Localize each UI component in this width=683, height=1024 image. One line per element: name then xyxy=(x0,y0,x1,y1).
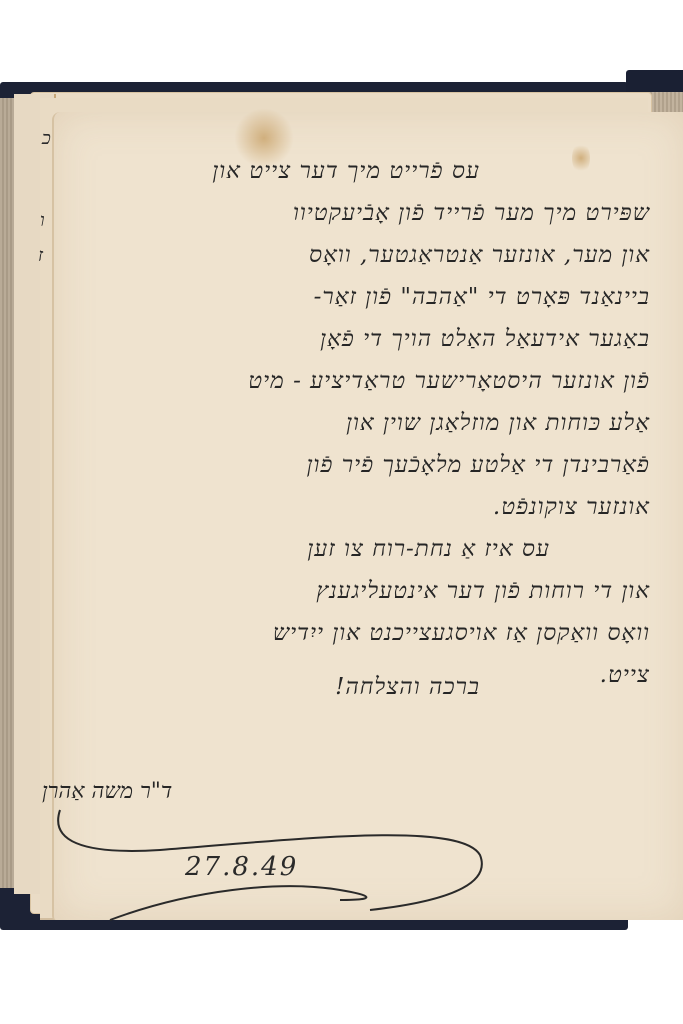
text-line: ביינאַנד פּאָרט די "אַהבה" פֿון זאַר- xyxy=(60,276,650,318)
text-line: פֿון אונזער היסטאָרישער טראַדיציע - מיט xyxy=(60,360,650,402)
margin-note: ו xyxy=(40,210,45,231)
text-line: ברכה והצלחה! xyxy=(60,666,650,708)
text-line: עס איז אַ נחת-רוח צו זען xyxy=(60,528,650,570)
margin-note: ז xyxy=(38,245,43,266)
text-line: פֿאַרבינדן די אַלטע מלאָכֿעך פֿיר פֿון xyxy=(60,444,650,486)
text-line: און מער, אונזער אַנטראַגטער, וואָס xyxy=(60,234,650,276)
text-line: באַגער אידעאַל האַלט הויך די פֿאָן xyxy=(60,318,650,360)
text-line: וואָס וואַקסן אַז אויסגעצייכנט און ייִדי… xyxy=(60,612,650,654)
text-line: אונזער צוקונפֿט. xyxy=(60,486,650,528)
margin-note: כ xyxy=(42,128,51,149)
handwritten-text: עס פֿרייט מיך דער צייט און שפּירט מיך מע… xyxy=(60,150,650,708)
text-line: אַלע כּוחות און מוזלאַגן שוין און xyxy=(60,402,650,444)
text-line: און די רוחות פֿון דער אינטעליגענץ xyxy=(60,570,650,612)
text-line: עס פֿרייט מיך דער צייט און xyxy=(60,150,650,192)
text-line: שפּירט מיך מער פֿרייד פֿון אָבֿיעקטיוו xyxy=(60,192,650,234)
date: 27.8.49 xyxy=(185,852,298,882)
